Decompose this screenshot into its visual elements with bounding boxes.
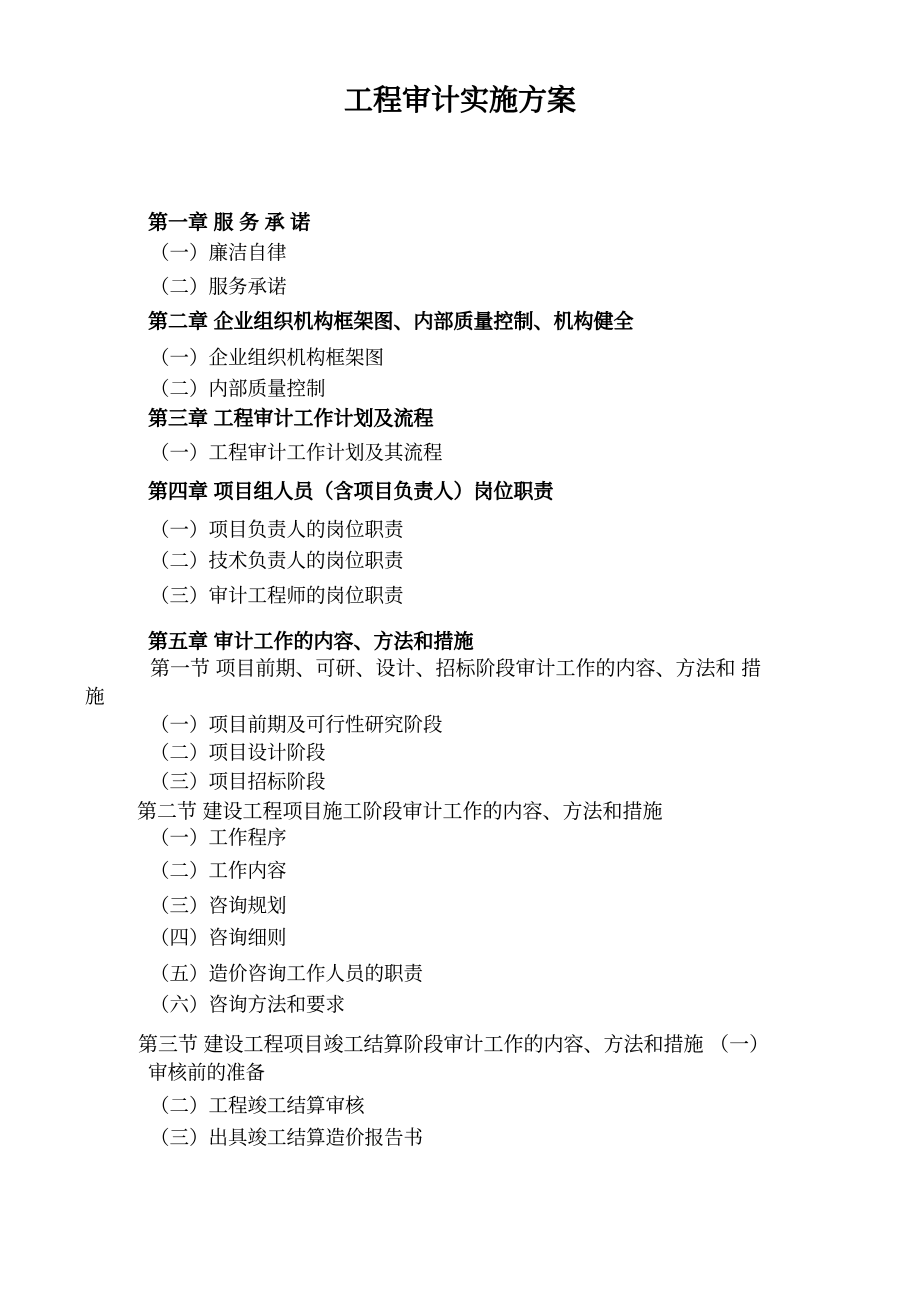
toc-item: （二）项目设计阶段 [150,743,326,764]
toc-item: （二）技术负责人的岗位职责 [150,551,404,572]
toc-item: （一）廉洁自律 [150,243,287,264]
chapter-heading: 第三章 工程审计工作计划及流程 [148,408,434,430]
toc-item: （三）咨询规划 [150,896,287,917]
toc-item: （二）工作内容 [150,861,287,882]
toc-item: （二）内部质量控制 [150,379,326,400]
toc-item: （二）工程竣工结算审核 [150,1096,365,1117]
document-title: 工程审计实施方案 [0,86,920,118]
toc-item: （一）项目负责人的岗位职责 [150,520,404,541]
wrapped-line: 审核前的准备 [148,1063,265,1084]
toc-item: （一）工程审计工作计划及其流程 [150,443,443,464]
toc-item: （六）咨询方法和要求 [150,995,345,1016]
section-heading: 第三节 建设工程项目竣工结算阶段审计工作的内容、方法和措施 （一） [138,1034,769,1056]
wrapped-line: 施 [85,687,105,708]
section-heading: 第一节 项目前期、可研、设计、招标阶段审计工作的内容、方法和 措 [150,658,761,680]
toc-item: （三）审计工程师的岗位职责 [150,586,404,607]
toc-item: （五）造价咨询工作人员的职责 [150,964,423,985]
chapter-heading: 第一章 服 务 承 诺 [148,212,310,234]
toc-item: （四）咨询细则 [150,928,287,949]
toc-item: （一）工作程序 [150,828,287,849]
document-page: 工程审计实施方案 第一章 服 务 承 诺（一）廉洁自律（二）服务承诺第二章 企业… [0,0,920,1302]
chapter-heading: 第五章 审计工作的内容、方法和措施 [148,631,474,653]
toc-item: （一）企业组织机构框架图 [150,348,384,369]
chapter-heading: 第二章 企业组织机构框架图、内部质量控制、机构健全 [148,311,634,333]
toc-item: （一）项目前期及可行性研究阶段 [150,715,443,736]
toc-item: （三）项目招标阶段 [150,772,326,793]
toc-item: （二）服务承诺 [150,277,287,298]
chapter-heading: 第四章 项目组人员（含项目负责人）岗位职责 [148,481,554,503]
toc-item: （三）出具竣工结算造价报告书 [150,1128,423,1149]
section-heading: 第二节 建设工程项目施工阶段审计工作的内容、方法和措施 [137,801,663,823]
